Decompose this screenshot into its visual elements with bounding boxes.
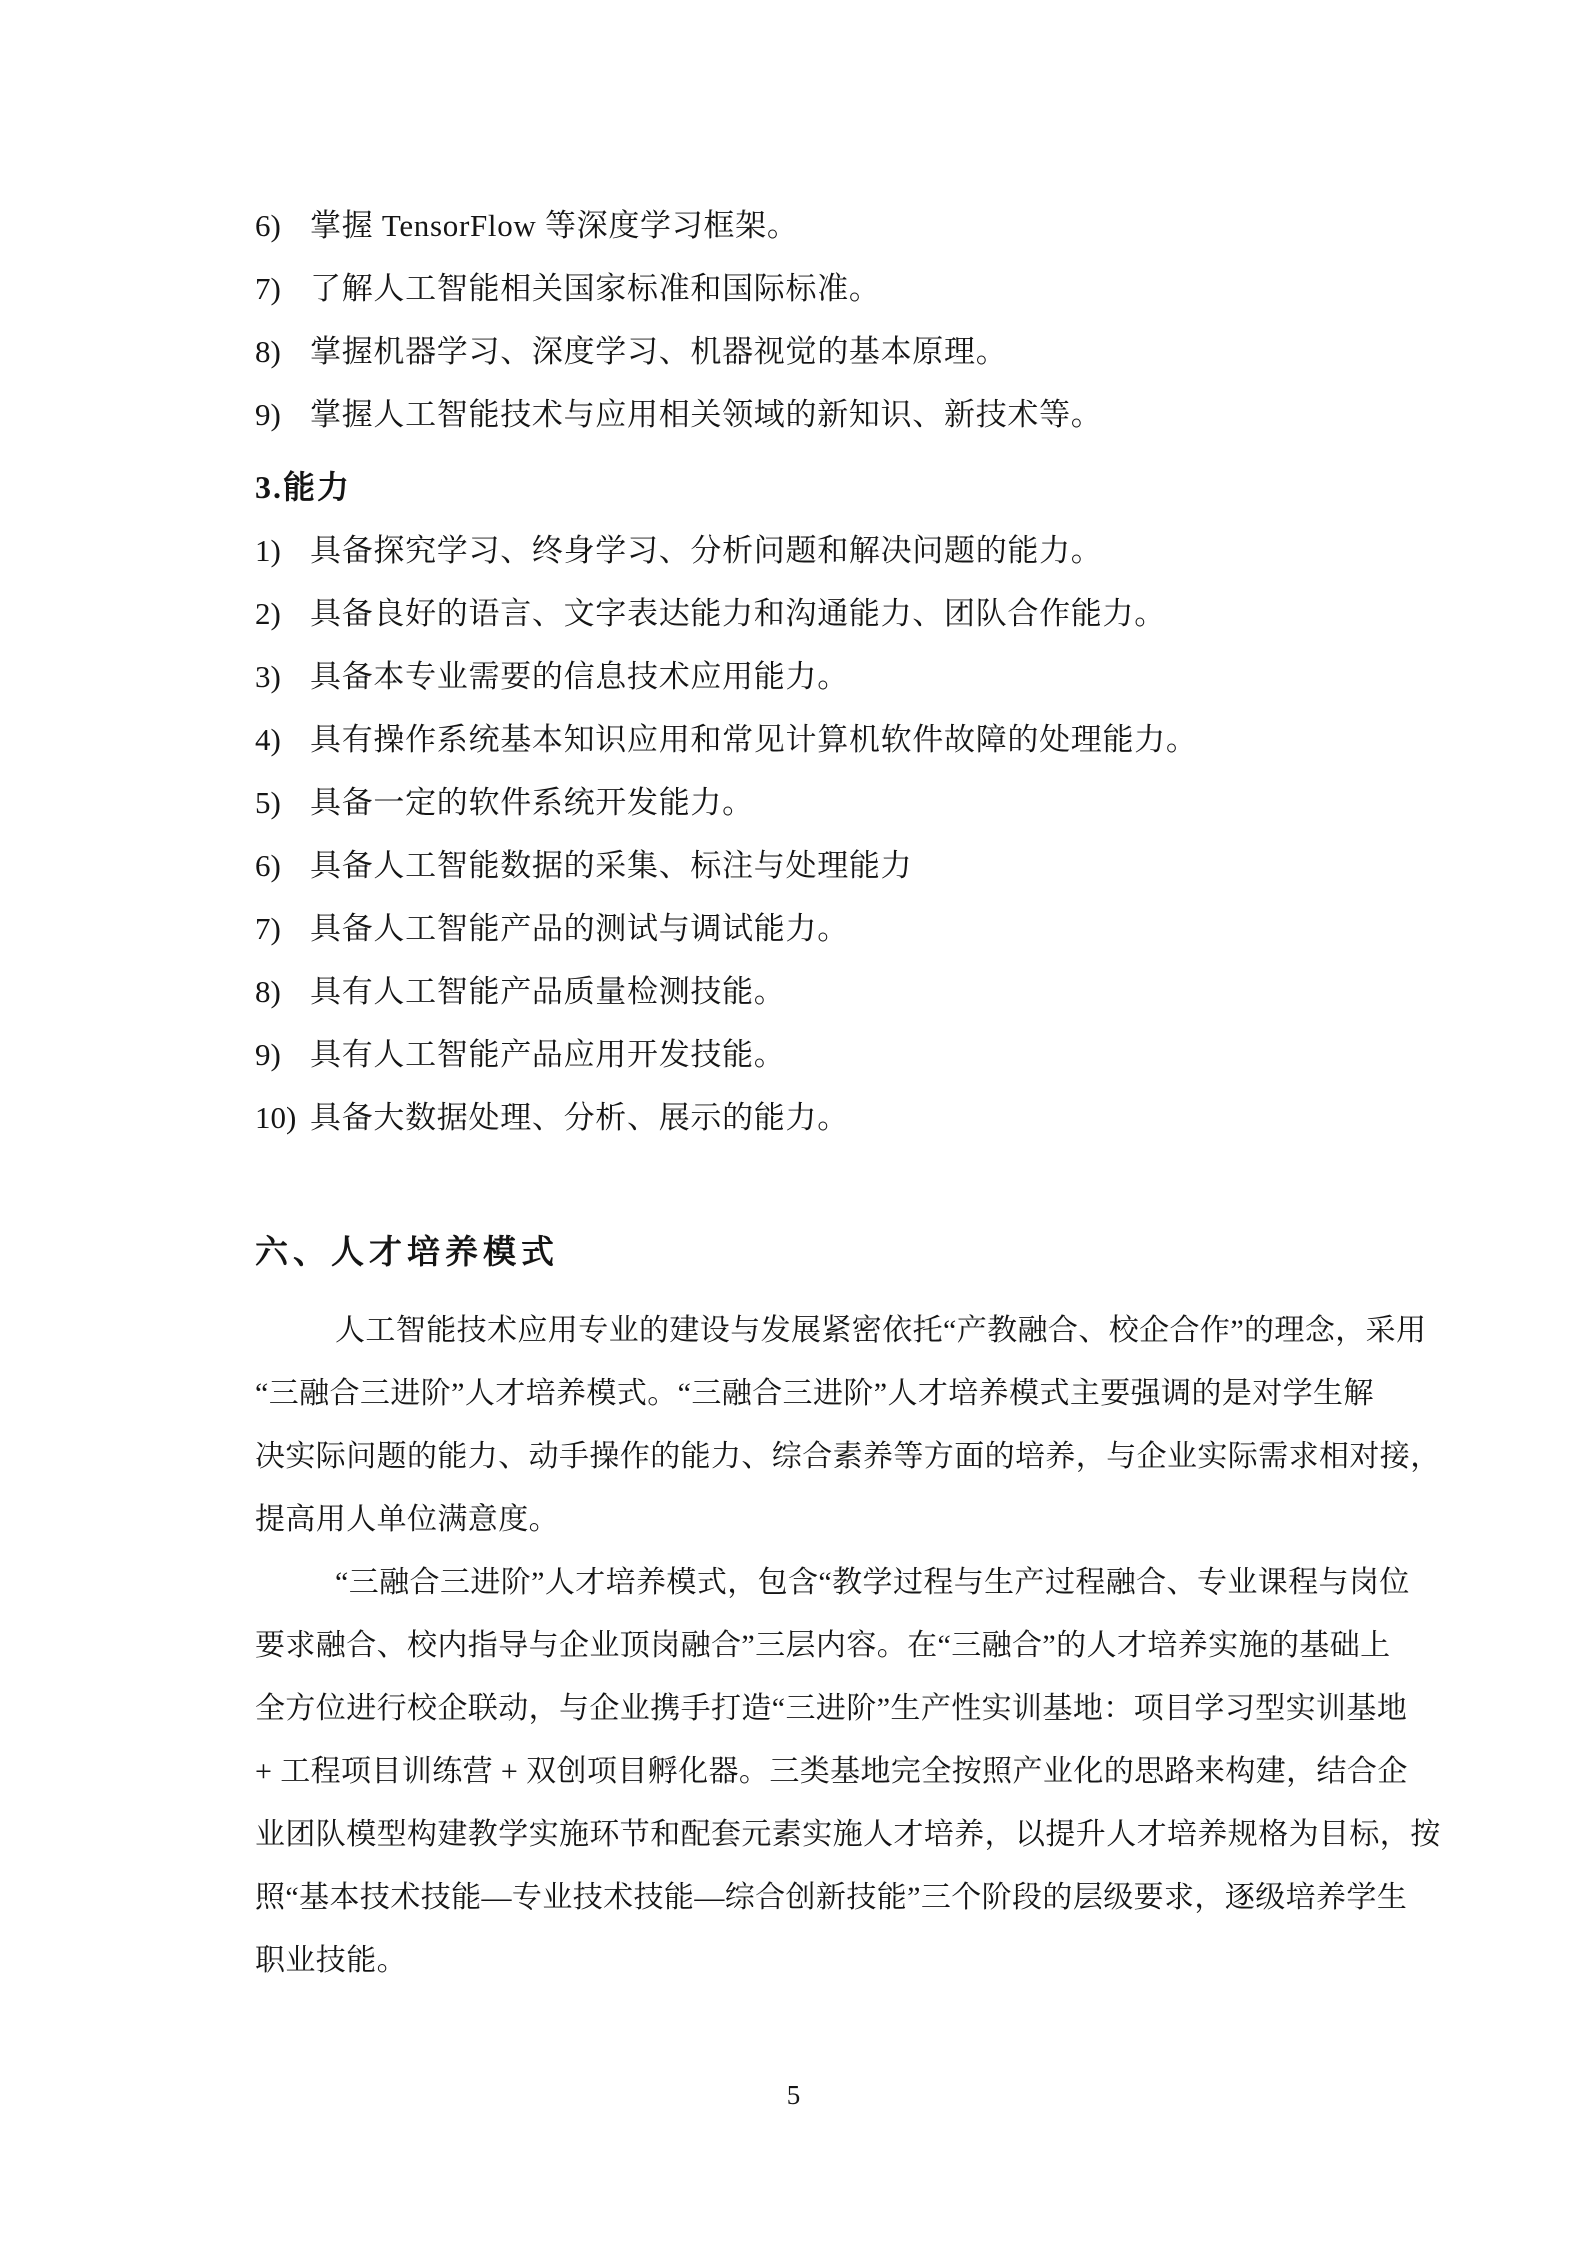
paragraph-line: 人工智能技术应用专业的建设与发展紧密依托“产教融合、校企合作”的理念，采用 bbox=[255, 1299, 1445, 1362]
list-item-number: 9) bbox=[255, 1023, 310, 1086]
list-item: 7)了解人工智能相关国家标准和国际标准。 bbox=[255, 257, 1445, 320]
paragraph-line: 照“基本技术技能—专业技术技能—综合创新技能”三个阶段的层级要求，逐级培养学生 bbox=[255, 1866, 1445, 1929]
section-heading: 六、人才培养模式 bbox=[255, 1222, 1445, 1285]
ability-heading: 3.能力 bbox=[255, 456, 1445, 519]
paragraph-line: 职业技能。 bbox=[255, 1929, 1445, 1992]
paragraph-line: 提高用人单位满意度。 bbox=[255, 1488, 1445, 1551]
list-item: 9)具有人工智能产品应用开发技能。 bbox=[255, 1023, 1445, 1086]
list-item: 6)掌握 TensorFlow 等深度学习框架。 bbox=[255, 194, 1445, 257]
list-item-number: 3) bbox=[255, 645, 310, 708]
list-item: 7)具备人工智能产品的测试与调试能力。 bbox=[255, 897, 1445, 960]
list-item-text: 具备人工智能产品的测试与调试能力。 bbox=[310, 911, 849, 946]
paragraph-line: + 工程项目训练营 + 双创项目孵化器。三类基地完全按照产业化的思路来构建，结合… bbox=[255, 1740, 1445, 1803]
document-page: 6)掌握 TensorFlow 等深度学习框架。 7)了解人工智能相关国家标准和… bbox=[0, 0, 1587, 2245]
list-item: 5)具备一定的软件系统开发能力。 bbox=[255, 771, 1445, 834]
list-item-text: 具备一定的软件系统开发能力。 bbox=[310, 785, 754, 820]
paragraph-line: “三融合三进阶”人才培养模式，包含“教学过程与生产过程融合、专业课程与岗位 bbox=[255, 1551, 1445, 1614]
paragraph-line: 要求融合、校内指导与企业顶岗融合”三层内容。在“三融合”的人才培养实施的基础上 bbox=[255, 1614, 1445, 1677]
list-item-number: 9) bbox=[255, 383, 310, 446]
list-item: 4)具有操作系统基本知识应用和常见计算机软件故障的处理能力。 bbox=[255, 708, 1445, 771]
paragraph-line: 业团队模型构建教学实施环节和配套元素实施人才培养，以提升人才培养规格为目标，按 bbox=[255, 1803, 1445, 1866]
list-item-number: 7) bbox=[255, 897, 310, 960]
list-item-text: 具有操作系统基本知识应用和常见计算机软件故障的处理能力。 bbox=[310, 722, 1198, 757]
list-item-text: 具有人工智能产品应用开发技能。 bbox=[310, 1037, 786, 1072]
list-item-number: 6) bbox=[255, 834, 310, 897]
list-item-text: 具备大数据处理、分析、展示的能力。 bbox=[310, 1100, 849, 1135]
list-item-number: 10) bbox=[255, 1086, 310, 1149]
list-item-text: 掌握机器学习、深度学习、机器视觉的基本原理。 bbox=[310, 334, 1007, 369]
list-item-number: 8) bbox=[255, 320, 310, 383]
list-item-text: 具备人工智能数据的采集、标注与处理能力 bbox=[310, 848, 912, 883]
training-mode-paragraph-1: 人工智能技术应用专业的建设与发展紧密依托“产教融合、校企合作”的理念，采用 “三… bbox=[255, 1299, 1445, 1551]
list-item: 8)具有人工智能产品质量检测技能。 bbox=[255, 960, 1445, 1023]
training-mode-paragraph-2: “三融合三进阶”人才培养模式，包含“教学过程与生产过程融合、专业课程与岗位 要求… bbox=[255, 1551, 1445, 1992]
list-item-text: 具备本专业需要的信息技术应用能力。 bbox=[310, 659, 849, 694]
list-item-number: 6) bbox=[255, 194, 310, 257]
knowledge-list: 6)掌握 TensorFlow 等深度学习框架。 7)了解人工智能相关国家标准和… bbox=[255, 194, 1445, 446]
list-item-number: 5) bbox=[255, 771, 310, 834]
list-item: 3)具备本专业需要的信息技术应用能力。 bbox=[255, 645, 1445, 708]
list-item: 9)掌握人工智能技术与应用相关领域的新知识、新技术等。 bbox=[255, 383, 1445, 446]
list-item-number: 8) bbox=[255, 960, 310, 1023]
list-item: 2)具备良好的语言、文字表达能力和沟通能力、团队合作能力。 bbox=[255, 582, 1445, 645]
list-item-number: 7) bbox=[255, 257, 310, 320]
ability-list: 1)具备探究学习、终身学习、分析问题和解决问题的能力。 2)具备良好的语言、文字… bbox=[255, 519, 1445, 1149]
list-item-number: 1) bbox=[255, 519, 310, 582]
list-item: 8)掌握机器学习、深度学习、机器视觉的基本原理。 bbox=[255, 320, 1445, 383]
list-item-text: 具有人工智能产品质量检测技能。 bbox=[310, 974, 786, 1009]
page-content: 6)掌握 TensorFlow 等深度学习框架。 7)了解人工智能相关国家标准和… bbox=[255, 194, 1445, 1992]
list-item-text: 具备探究学习、终身学习、分析问题和解决问题的能力。 bbox=[310, 533, 1103, 568]
list-item-number: 2) bbox=[255, 582, 310, 645]
paragraph-line: “三融合三进阶”人才培养模式。“三融合三进阶”人才培养模式主要强调的是对学生解 bbox=[255, 1362, 1445, 1425]
paragraph-line: 决实际问题的能力、动手操作的能力、综合素养等方面的培养，与企业实际需求相对接， bbox=[255, 1425, 1445, 1488]
page-number: 5 bbox=[0, 2080, 1587, 2110]
list-item: 10)具备大数据处理、分析、展示的能力。 bbox=[255, 1086, 1445, 1149]
list-item-text: 了解人工智能相关国家标准和国际标准。 bbox=[310, 271, 881, 306]
list-item: 1)具备探究学习、终身学习、分析问题和解决问题的能力。 bbox=[255, 519, 1445, 582]
list-item-text: 掌握人工智能技术与应用相关领域的新知识、新技术等。 bbox=[310, 397, 1103, 432]
list-item-number: 4) bbox=[255, 708, 310, 771]
paragraph-line: 全方位进行校企联动，与企业携手打造“三进阶”生产性实训基地：项目学习型实训基地 bbox=[255, 1677, 1445, 1740]
list-item-text: 具备良好的语言、文字表达能力和沟通能力、团队合作能力。 bbox=[310, 596, 1166, 631]
list-item: 6)具备人工智能数据的采集、标注与处理能力 bbox=[255, 834, 1445, 897]
list-item-text: 掌握 TensorFlow 等深度学习框架。 bbox=[310, 208, 799, 243]
